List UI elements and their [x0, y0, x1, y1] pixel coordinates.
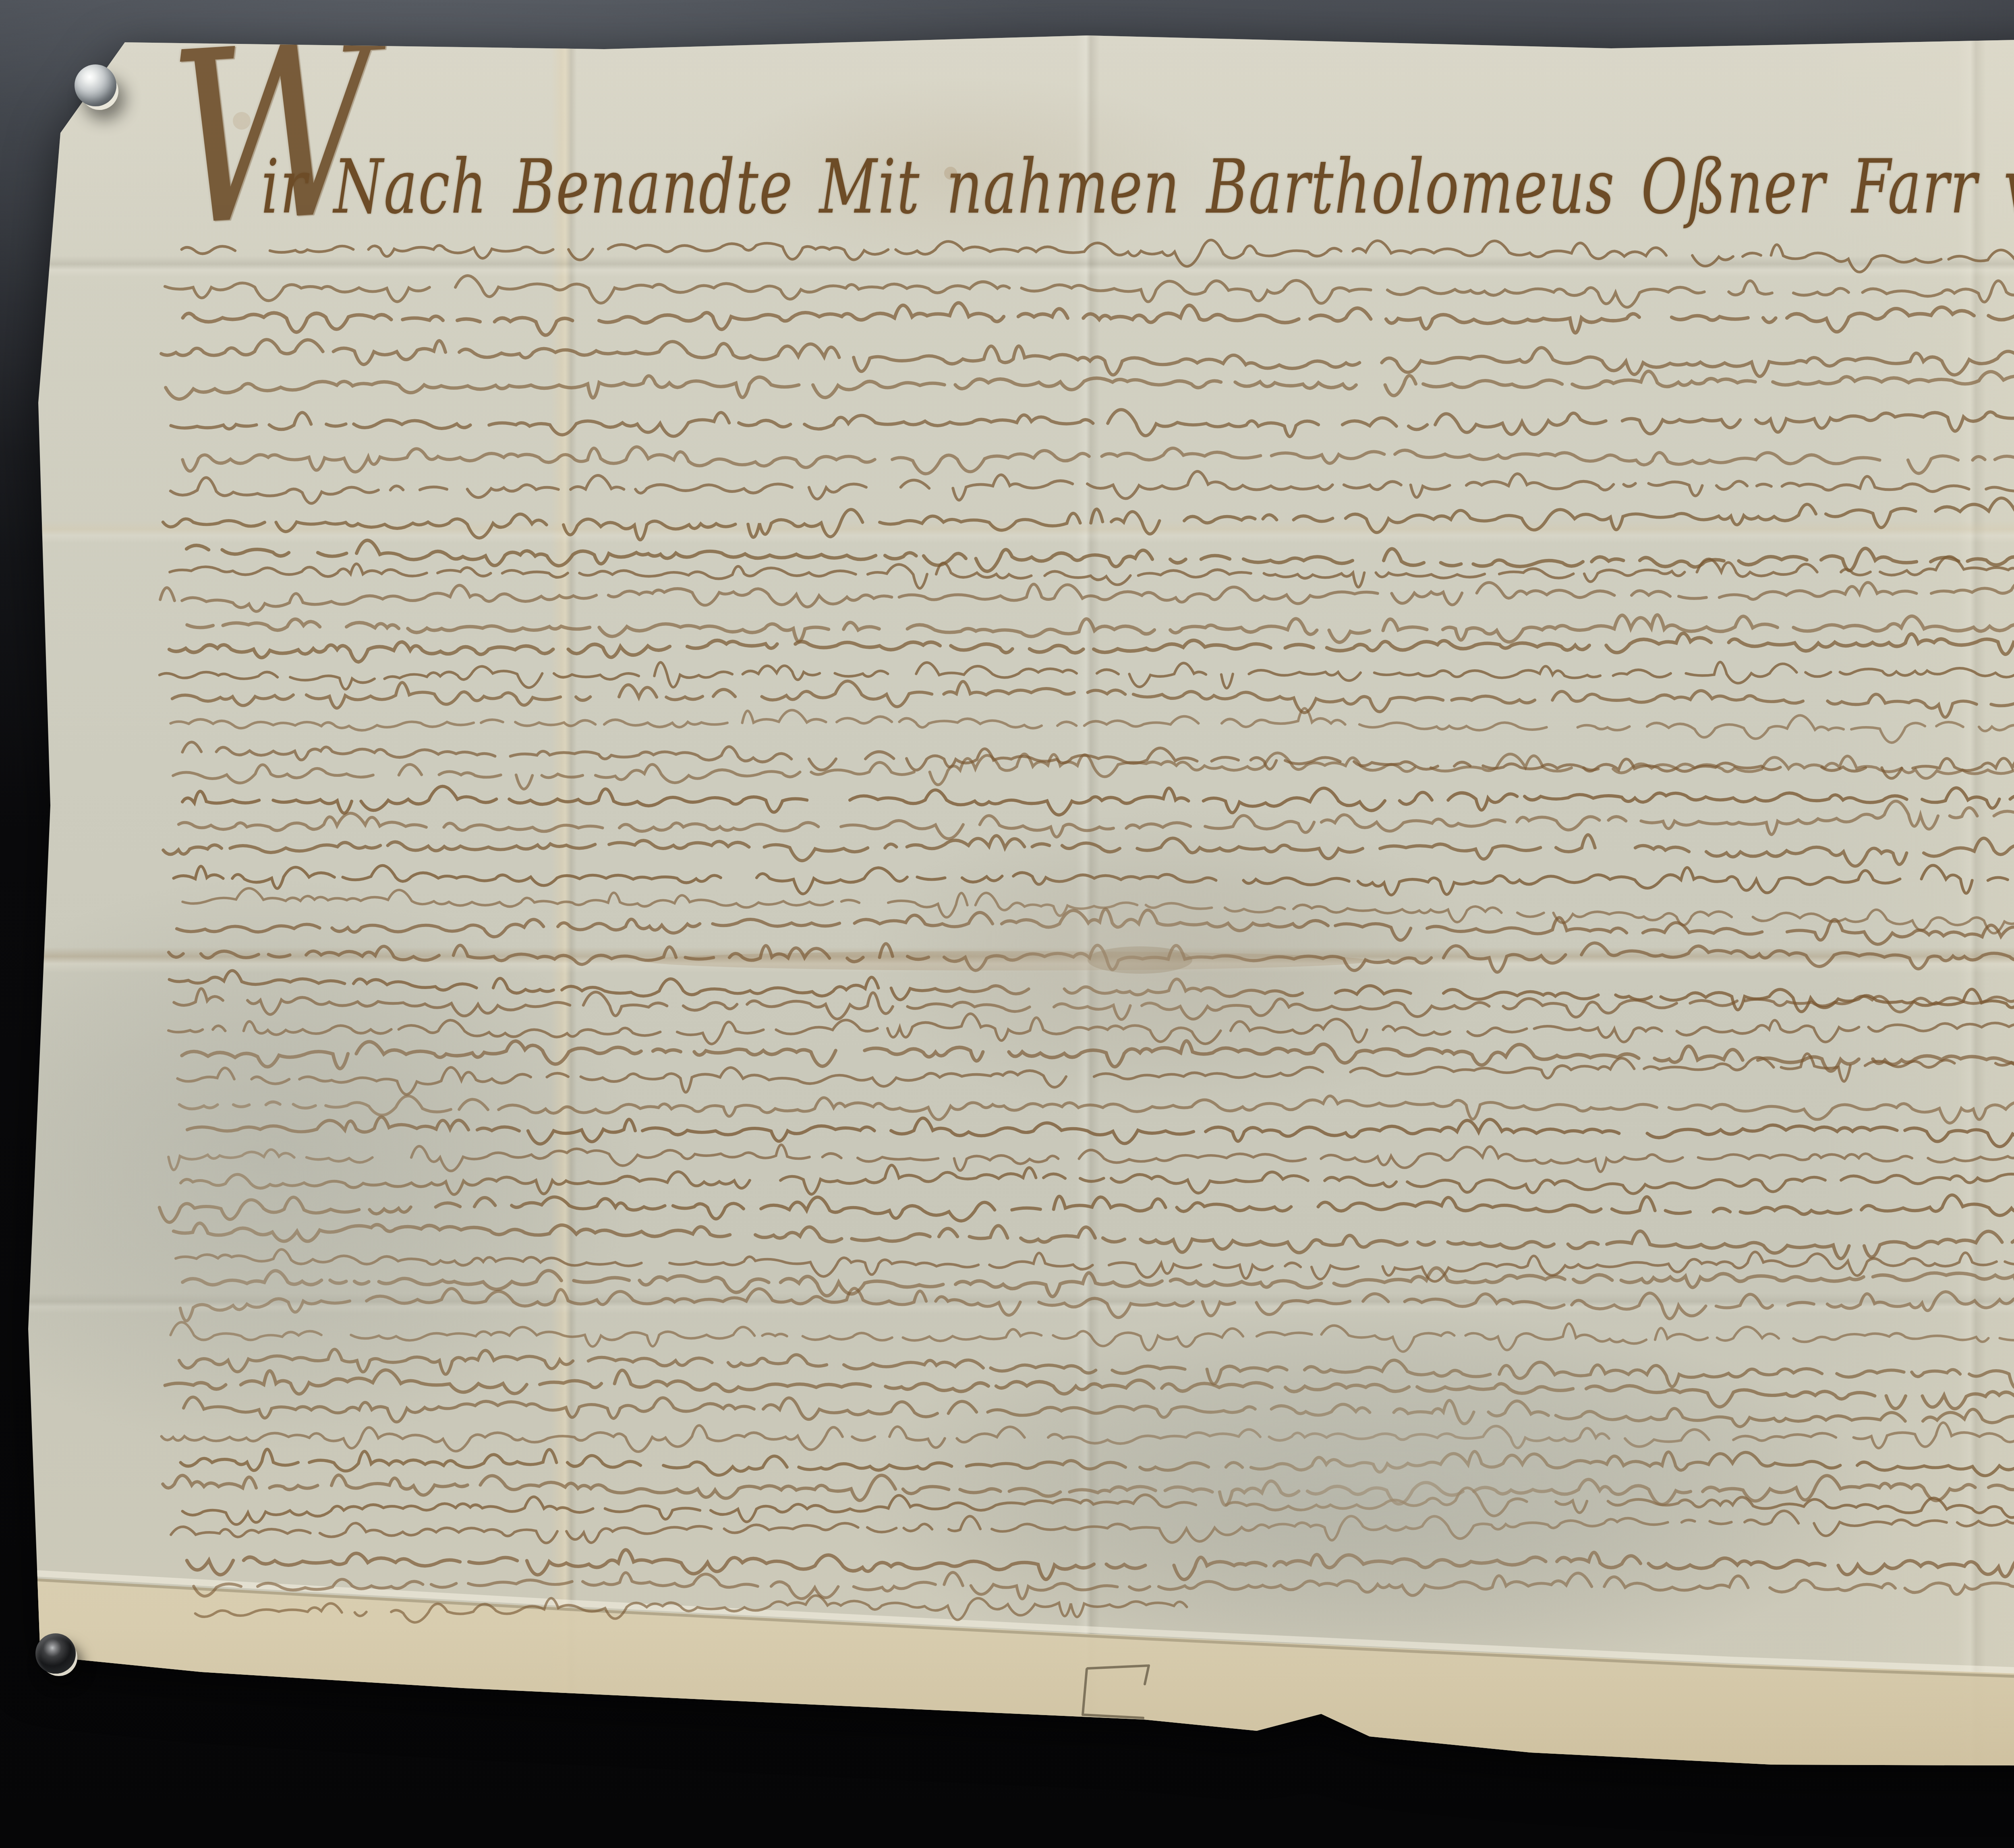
handwritten-line [180, 1449, 2014, 1484]
handwritten-line [174, 989, 2014, 1020]
handwritten-line [171, 1511, 2014, 1543]
handwritten-line [179, 801, 2014, 838]
handwritten-line [160, 1195, 2014, 1222]
parchment-sheet: W ir Nach Benandte Mit nahmen Bartholome… [0, 0, 2014, 1848]
handwritten-line [171, 708, 2014, 743]
handwritten-line [178, 1054, 2014, 1095]
plica-crease-shadow [28, 1579, 2014, 1685]
handwritten-line [179, 1349, 2014, 1388]
stain-dot [233, 112, 251, 130]
handwritten-line [174, 865, 2014, 895]
handwritten-line [182, 240, 2014, 272]
handwritten-line [182, 1041, 2014, 1071]
handwritten-line [187, 1117, 2014, 1147]
handwritten-line [187, 615, 2014, 642]
handwritten-line [186, 540, 2014, 571]
handwriting-ink-layer [0, 0, 2014, 1848]
handwritten-line [161, 339, 2014, 377]
handwritten-line [184, 1397, 2014, 1433]
handwritten-line [170, 1322, 2014, 1351]
handwritten-line [163, 835, 2014, 866]
handwritten-line [183, 303, 2014, 335]
handwritten-line [160, 575, 2014, 611]
handwritten-line [162, 1423, 2014, 1452]
handwritten-line [166, 370, 2014, 399]
charter-photograph: W ir Nach Benandte Mit nahmen Bartholome… [0, 0, 2014, 1848]
handwritten-line [182, 888, 2014, 935]
handwritten-line [165, 276, 2014, 307]
parchment-shadow: W ir Nach Benandte Mit nahmen Bartholome… [0, 0, 2014, 1848]
pushpin-bottom-left [35, 1633, 76, 1674]
handwritten-line [170, 472, 2014, 503]
seal-slit-cuts [1083, 1666, 1149, 1718]
handwritten-line [169, 633, 2014, 662]
handwritten-line [163, 498, 2014, 540]
handwritten-line [179, 1096, 2014, 1123]
handwritten-line [182, 786, 2014, 816]
handwritten-line [172, 681, 2014, 721]
handwritten-line [176, 1250, 2014, 1282]
handwritten-line [182, 445, 2014, 474]
handwritten-line [160, 662, 2014, 689]
handwritten-line [177, 909, 2014, 948]
body-text-lines [160, 240, 2014, 1622]
handwritten-line [173, 753, 2014, 789]
handwritten-line [174, 1223, 2014, 1258]
handwritten-line [168, 1014, 2014, 1044]
handwritten-line [180, 1288, 2014, 1321]
handwritten-line [168, 1142, 2014, 1172]
stain-dot [944, 167, 957, 180]
pushpin-top-left [75, 64, 116, 106]
handwritten-line [171, 410, 2014, 437]
